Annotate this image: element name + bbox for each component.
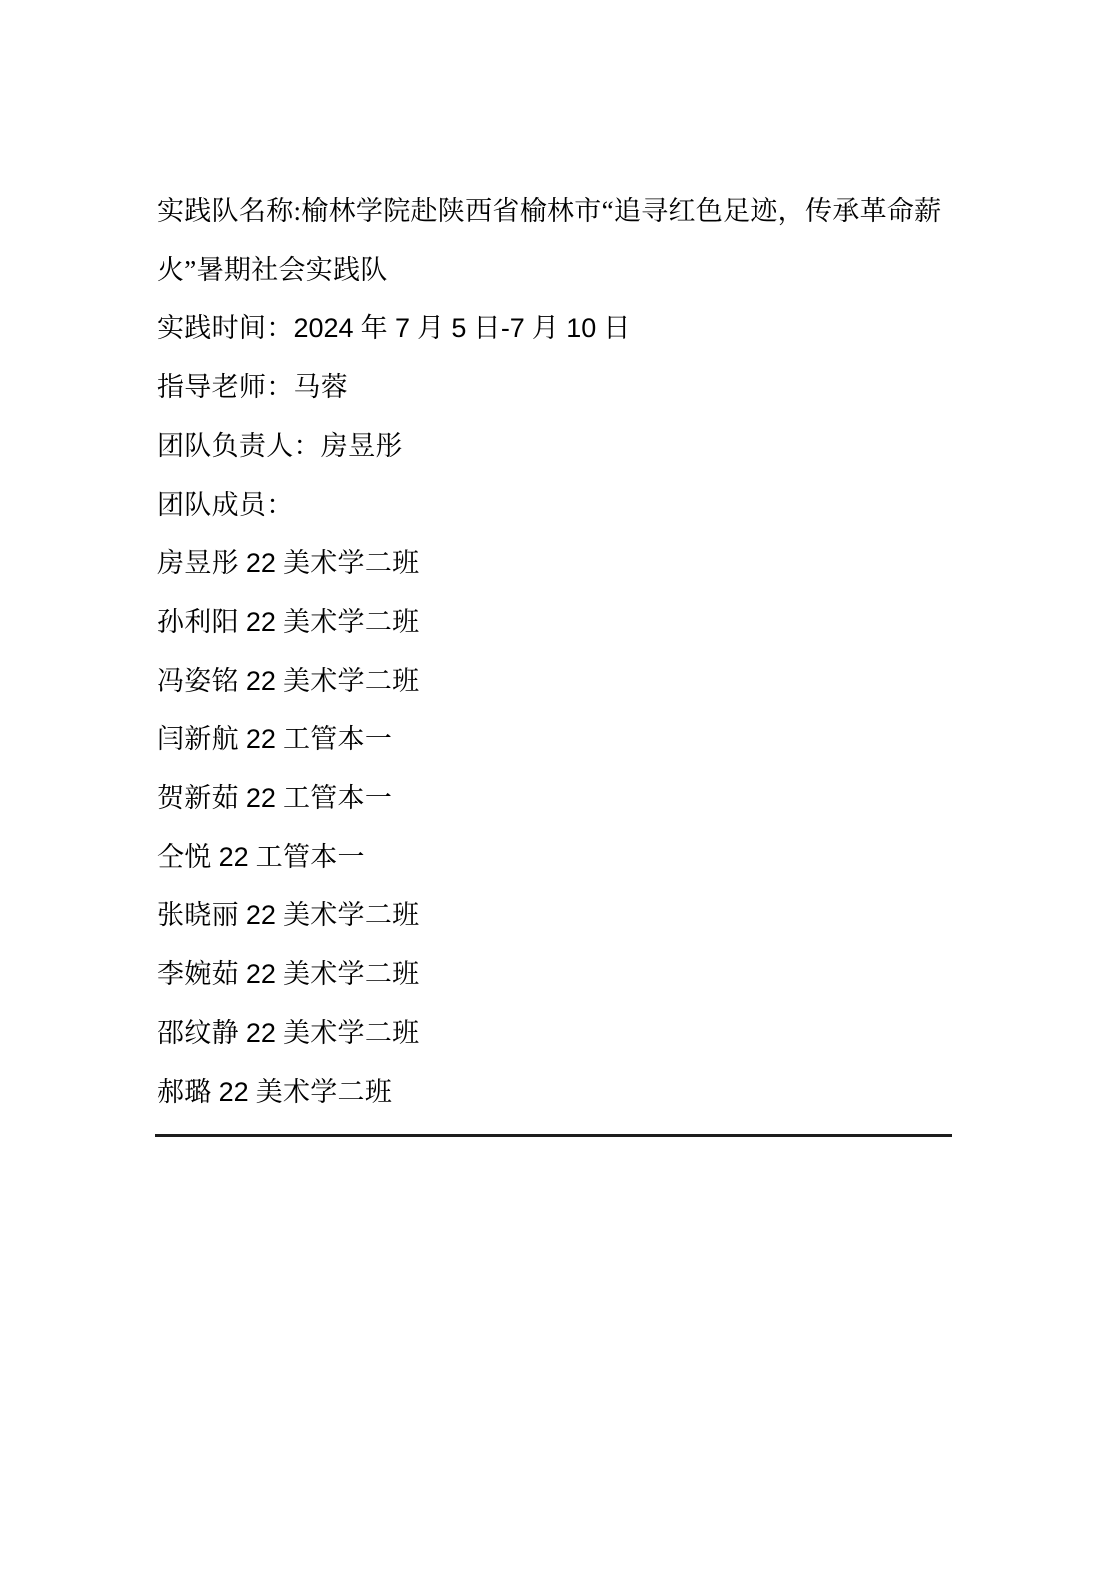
- document-page: 实践队名称:榆林学院赴陕西省榆林市“追寻红色足迹，传承革命薪 火”暑期社会实践队…: [0, 0, 1097, 1585]
- practice-time-year: 2024: [294, 313, 354, 343]
- team-name-line2: 火”暑期社会实践队: [157, 241, 957, 300]
- practice-time-end-day-unit: 日: [596, 313, 630, 343]
- practice-time-end-month: -7: [501, 313, 525, 343]
- practice-time-start-day: 5: [451, 313, 466, 343]
- member-grade: 22: [246, 724, 276, 754]
- member-class: 美术学二班: [283, 1018, 420, 1048]
- practice-time-end-month-unit: 月: [525, 313, 566, 343]
- member-name: 李婉茹: [157, 959, 239, 989]
- document-content: 实践队名称:榆林学院赴陕西省榆林市“追寻红色足迹，传承革命薪 火”暑期社会实践队…: [157, 182, 957, 1137]
- member-name: 邵纹静: [157, 1018, 239, 1048]
- member-class: 美术学二班: [283, 548, 420, 578]
- member-row: 房昱彤22美术学二班: [157, 534, 957, 593]
- divider-line: [155, 1134, 952, 1137]
- member-name: 冯姿铭: [157, 666, 239, 696]
- member-grade: 22: [246, 900, 276, 930]
- member-class: 美术学二班: [283, 959, 420, 989]
- member-name: 张晓丽: [157, 900, 239, 930]
- member-name: 仝悦: [157, 842, 212, 872]
- member-name: 郝璐: [157, 1077, 212, 1107]
- member-grade: 22: [246, 1018, 276, 1048]
- member-class: 工管本一: [283, 724, 392, 754]
- member-grade: 22: [246, 548, 276, 578]
- member-row: 孙利阳22美术学二班: [157, 593, 957, 652]
- member-class: 美术学二班: [283, 607, 420, 637]
- member-grade: 22: [246, 666, 276, 696]
- member-name: 闫新航: [157, 724, 239, 754]
- member-row: 仝悦22工管本一: [157, 828, 957, 887]
- practice-time-line: 实践时间：2024 年 7 月 5 日-7 月 10 日: [157, 299, 957, 358]
- member-row: 闫新航22工管本一: [157, 710, 957, 769]
- member-grade: 22: [219, 1077, 249, 1107]
- member-name: 贺新茹: [157, 783, 239, 813]
- practice-time-start-month: 7: [395, 313, 410, 343]
- practice-time-day-unit: 日: [466, 313, 500, 343]
- practice-time-year-unit: 年: [354, 313, 395, 343]
- member-class: 美术学二班: [256, 1077, 393, 1107]
- leader-line: 团队负责人：房昱彤: [157, 417, 957, 476]
- member-row: 张晓丽22美术学二班: [157, 886, 957, 945]
- member-row: 李婉茹22美术学二班: [157, 945, 957, 1004]
- member-grade: 22: [219, 842, 249, 872]
- member-class: 美术学二班: [283, 666, 420, 696]
- member-grade: 22: [246, 783, 276, 813]
- practice-time-label: 实践时间：: [157, 313, 294, 343]
- member-class: 美术学二班: [283, 900, 420, 930]
- members-heading: 团队成员：: [157, 476, 957, 535]
- team-name-line1: 实践队名称:榆林学院赴陕西省榆林市“追寻红色足迹，传承革命薪: [157, 182, 957, 241]
- member-grade: 22: [246, 607, 276, 637]
- member-grade: 22: [246, 959, 276, 989]
- member-name: 房昱彤: [157, 548, 239, 578]
- member-name: 孙利阳: [157, 607, 239, 637]
- member-row: 邵纹静22美术学二班: [157, 1004, 957, 1063]
- member-row: 贺新茹22工管本一: [157, 769, 957, 828]
- practice-time-month-unit: 月: [410, 313, 451, 343]
- member-row: 冯姿铭22美术学二班: [157, 652, 957, 711]
- member-class: 工管本一: [256, 842, 365, 872]
- member-class: 工管本一: [283, 783, 392, 813]
- advisor-line: 指导老师：马蓉: [157, 358, 957, 417]
- practice-time-end-day: 10: [566, 313, 596, 343]
- member-row: 郝璐22美术学二班: [157, 1063, 957, 1122]
